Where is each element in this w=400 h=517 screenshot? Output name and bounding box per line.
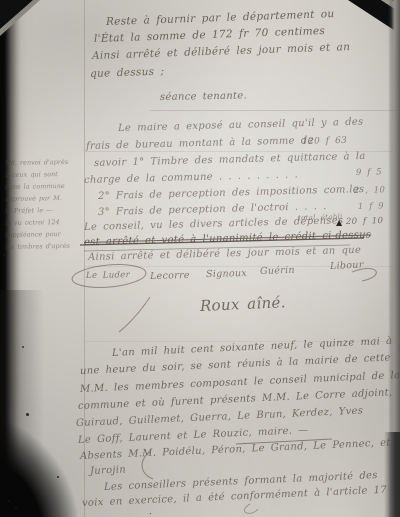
ink-spot <box>3 254 5 256</box>
photograph-of-register-page: Reste à fournir par le département ou l'… <box>0 0 400 517</box>
signature: Libour <box>330 260 364 272</box>
amount-value: 9 f 5 <box>356 167 382 178</box>
margin-note-line: suppléance pour <box>5 230 61 239</box>
ink-spot <box>26 413 29 416</box>
ink-spot <box>15 507 17 509</box>
margin-note-line: le Préfet le — <box>5 206 53 215</box>
margin-note-line: à ceux qui sont <box>5 170 58 179</box>
signature: Le Luder <box>86 270 130 281</box>
margin-note-line: dans la commune <box>5 182 65 191</box>
margin-note-line: les timbres d'après <box>5 242 70 251</box>
margin-note-line: approuvé par M. <box>5 194 62 203</box>
amount-value: 2 , 10 <box>354 185 385 196</box>
faint-rule <box>150 110 396 111</box>
ink-spot <box>57 476 59 478</box>
subheading-seance-tenante: séance tenante. <box>160 90 247 103</box>
manuscript-line: Jurojin <box>90 464 127 477</box>
total-amount: 20 f 10 <box>346 216 384 227</box>
margin-note-line: Nd. renvoi d'après <box>5 158 68 167</box>
margin-note-line: le vu octroi 124 <box>5 218 60 227</box>
amount-value: 120 f 63 <box>302 136 347 147</box>
signature: Guérin <box>260 265 295 277</box>
amount-value: 1 f 9 <box>358 201 384 212</box>
section-heading: Roux aîné. <box>200 293 286 315</box>
signature: Signoux <box>206 268 247 280</box>
ink-blot-triangle: ▲ <box>336 218 342 227</box>
signature: Lecorre <box>150 270 190 282</box>
